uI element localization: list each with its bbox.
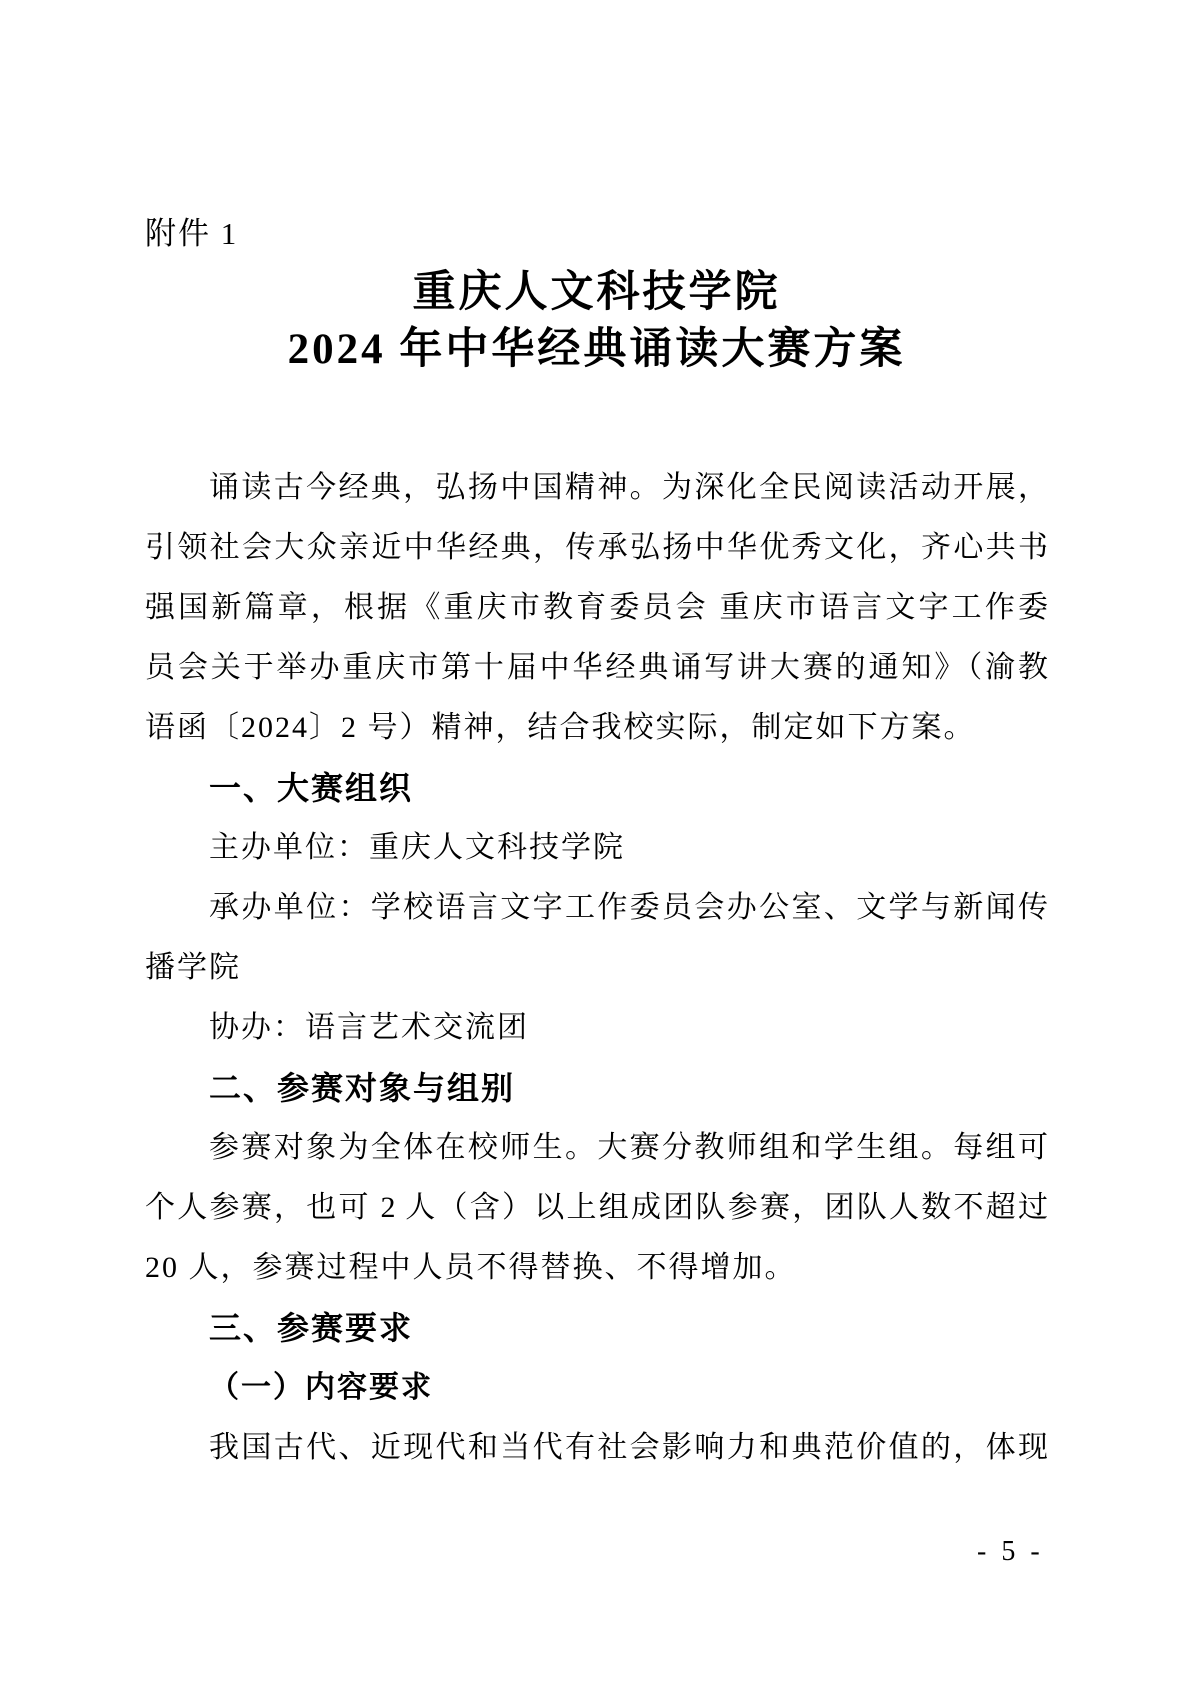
section-heading: 一、大赛组织 <box>145 758 1048 818</box>
page-number: - 5 - <box>977 1534 1044 1570</box>
text-line: 20 人，参赛过程中人员不得替换、不得增加。 <box>145 1238 1048 1298</box>
text-line: 主办单位：重庆人文科技学院 <box>145 818 1048 878</box>
section-heading: （一）内容要求 <box>145 1358 1048 1418</box>
text-line: 承办单位：学校语言文字工作委员会办公室、文学与新闻传 <box>145 878 1048 938</box>
text-line: 诵读古今经典，弘扬中国精神。为深化全民阅读活动开展， <box>145 458 1048 518</box>
text-line: 播学院 <box>145 938 1048 998</box>
document-title-line1: 重庆人文科技学院 <box>145 264 1048 321</box>
section-heading: 三、参赛要求 <box>145 1298 1048 1358</box>
document-title-line2: 2024 年中华经典诵读大赛方案 <box>145 321 1048 378</box>
text-line: 员会关于举办重庆市第十届中华经典诵写讲大赛的通知》（渝教 <box>145 638 1048 698</box>
document-body: 诵读古今经典，弘扬中国精神。为深化全民阅读活动开展，引领社会大众亲近中华经典，传… <box>145 458 1048 1478</box>
text-line: 参赛对象为全体在校师生。大赛分教师组和学生组。每组可 <box>145 1118 1048 1178</box>
attachment-label: 附件 1 <box>145 212 1048 256</box>
text-line: 个人参赛，也可 2 人（含）以上组成团队参赛，团队人数不超过 <box>145 1178 1048 1238</box>
text-line: 语函〔2024〕2 号）精神，结合我校实际，制定如下方案。 <box>145 698 1048 758</box>
document-content: 附件 1 重庆人文科技学院 2024 年中华经典诵读大赛方案 诵读古今经典，弘扬… <box>145 212 1048 1478</box>
text-line: 引领社会大众亲近中华经典，传承弘扬中华优秀文化，齐心共书 <box>145 518 1048 578</box>
document-title: 重庆人文科技学院 2024 年中华经典诵读大赛方案 <box>145 264 1048 378</box>
section-heading: 二、参赛对象与组别 <box>145 1058 1048 1118</box>
document-page: 附件 1 重庆人文科技学院 2024 年中华经典诵读大赛方案 诵读古今经典，弘扬… <box>0 0 1191 1684</box>
text-line: 协办：语言艺术交流团 <box>145 998 1048 1058</box>
text-line: 我国古代、近现代和当代有社会影响力和典范价值的，体现 <box>145 1418 1048 1478</box>
text-line: 强国新篇章，根据《重庆市教育委员会 重庆市语言文字工作委 <box>145 578 1048 638</box>
